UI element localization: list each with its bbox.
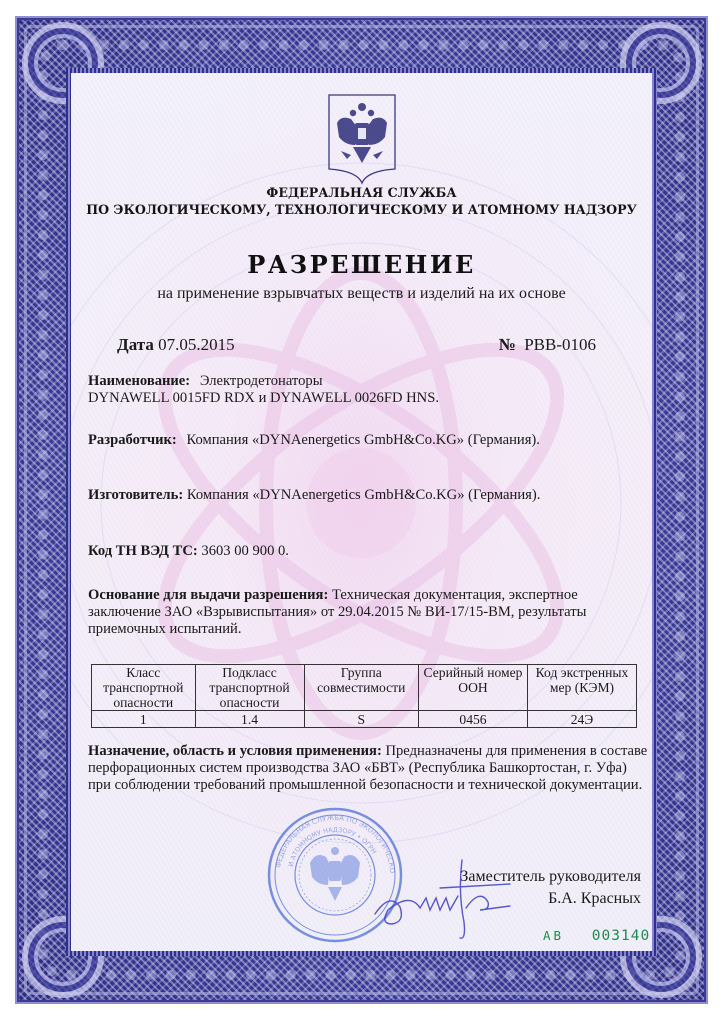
table-row: 1 1.4 S 0456 24Э bbox=[92, 711, 637, 728]
table-cell: 1 bbox=[92, 711, 196, 728]
field-name-label: Наименование: bbox=[88, 373, 190, 389]
field-developer-value: Компания «DYNAenergetics GmbH&Co.KG» (Ге… bbox=[186, 432, 540, 448]
signer-position: Заместитель руководителя bbox=[460, 866, 641, 888]
document-title: РАЗРЕШЕНИЕ bbox=[71, 250, 652, 279]
serial-number: АВ 003140 bbox=[543, 928, 650, 944]
agency-line-1: ФЕДЕРАЛЬНАЯ СЛУЖБА bbox=[71, 184, 652, 201]
number-label: № bbox=[499, 335, 516, 354]
field-purpose-label: Назначение, область и условия применения… bbox=[88, 743, 382, 759]
table-cell: 0456 bbox=[418, 711, 527, 728]
permit-number: № РВВ-0106 bbox=[499, 335, 596, 355]
issue-date: Дата 07.05.2015 bbox=[117, 335, 235, 355]
field-name: Наименование: Электродетонаторы DYNAWELL… bbox=[88, 373, 648, 407]
russian-coat-of-arms-icon bbox=[327, 93, 397, 185]
table-header-cell: Класс транспортной опасности bbox=[92, 665, 196, 711]
date-value: 07.05.2015 bbox=[158, 335, 235, 354]
agency-name: ФЕДЕРАЛЬНАЯ СЛУЖБА ПО ЭКОЛОГИЧЕСКОМУ, ТЕ… bbox=[71, 184, 652, 218]
field-manufacturer-label: Изготовитель: bbox=[88, 487, 183, 503]
document-subtitle: на применение взрывчатых веществ и издел… bbox=[71, 285, 652, 303]
serial-series: АВ bbox=[543, 928, 564, 943]
field-developer: Разработчик: Компания «DYNAenergetics Gm… bbox=[88, 432, 648, 449]
field-name-value-2: DYNAWELL 0015FD RDX и DYNAWELL 0026FD HN… bbox=[88, 390, 439, 406]
field-code-value: 3603 00 900 0. bbox=[201, 543, 289, 559]
agency-line-2: ПО ЭКОЛОГИЧЕСКОМУ, ТЕХНОЛОГИЧЕСКОМУ И АТ… bbox=[71, 201, 652, 218]
date-label: Дата bbox=[117, 335, 154, 354]
signer-name: Б.А. Красных bbox=[460, 888, 641, 910]
table-header-cell: Серийный номер ООН bbox=[418, 665, 527, 711]
field-tn-ved-code: Код ТН ВЭД ТС: 3603 00 900 0. bbox=[88, 543, 648, 560]
signature-block: Заместитель руководителя Б.А. Красных bbox=[460, 866, 641, 910]
field-developer-label: Разработчик: bbox=[88, 432, 177, 448]
field-basis: Основание для выдачи разрешения: Техниче… bbox=[88, 587, 618, 638]
table-cell: S bbox=[304, 711, 418, 728]
serial-value: 003140 bbox=[592, 928, 650, 944]
transport-hazard-table: Класс транспортной опасности Подкласс тр… bbox=[91, 664, 637, 728]
table-header-cell: Группа совместимости bbox=[304, 665, 418, 711]
field-basis-label: Основание для выдачи разрешения: bbox=[88, 587, 328, 603]
field-purpose: Назначение, область и условия применения… bbox=[88, 743, 648, 794]
table-header-cell: Подкласс транспортной опасности bbox=[195, 665, 304, 711]
table-header-row: Класс транспортной опасности Подкласс тр… bbox=[92, 665, 637, 711]
number-value: РВВ-0106 bbox=[524, 335, 596, 354]
field-manufacturer: Изготовитель: Компания «DYNAenergetics G… bbox=[88, 487, 648, 504]
field-code-label: Код ТН ВЭД ТС: bbox=[88, 543, 198, 559]
table-header-cell: Код экстренных мер (КЭМ) bbox=[527, 665, 636, 711]
table-cell: 24Э bbox=[527, 711, 636, 728]
field-manufacturer-value: Компания «DYNAenergetics GmbH&Co.KG» (Ге… bbox=[187, 487, 541, 503]
table-cell: 1.4 bbox=[195, 711, 304, 728]
field-name-value-1: Электродетонаторы bbox=[200, 373, 323, 389]
